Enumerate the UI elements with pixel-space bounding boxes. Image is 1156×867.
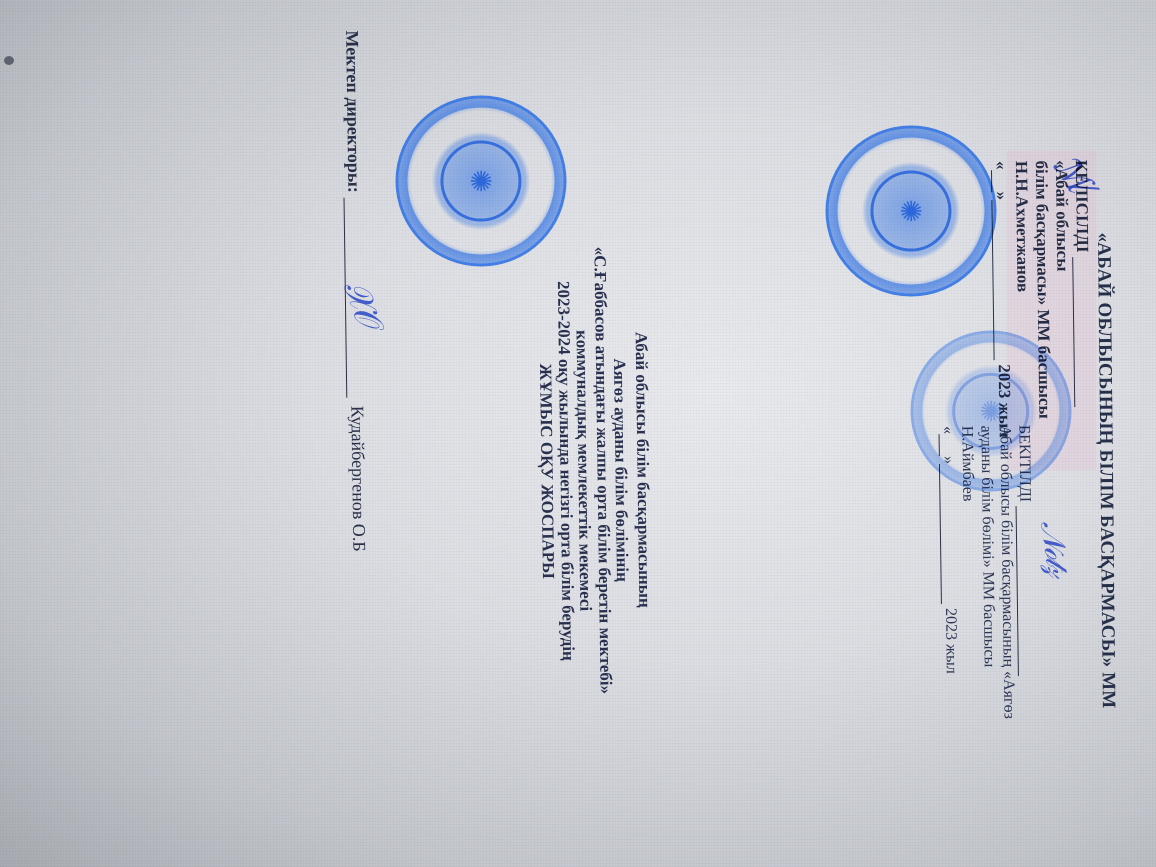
- approved-year: 2023 жыл: [941, 607, 959, 673]
- document-page: «АБАЙ ОБЛЫСЫНЫҢ БІЛІМ БАСҚАРМАСЫ» ММ КЕЛ…: [0, 0, 1156, 867]
- emblem-icon: ✺: [464, 169, 497, 192]
- signature-director: 𝒳𝒪: [335, 275, 388, 331]
- document-photo: «АБАЙ ОБЛЫСЫНЫҢ БІЛІМ БАСҚАРМАСЫ» ММ КЕЛ…: [0, 0, 1156, 867]
- director-label: Мектеп директоры:: [342, 30, 364, 193]
- school-stamp: ✺: [395, 95, 566, 266]
- emblem-icon: ✺: [974, 399, 1007, 422]
- director-name: Кудайбергенов О.Б: [347, 405, 369, 551]
- official-stamp-right: ✺: [910, 330, 1071, 491]
- director-signature-block: Мектеп директоры: Кудайбергенов О.Б: [341, 30, 371, 650]
- emblem-icon: ✺: [894, 199, 927, 222]
- signature-approved: 𝒩ℴ𝓉𝓏: [1032, 518, 1074, 576]
- official-stamp-left: ✺: [825, 125, 996, 296]
- document-title: Абай облысы білім басқармасының Аягөз ау…: [533, 189, 655, 751]
